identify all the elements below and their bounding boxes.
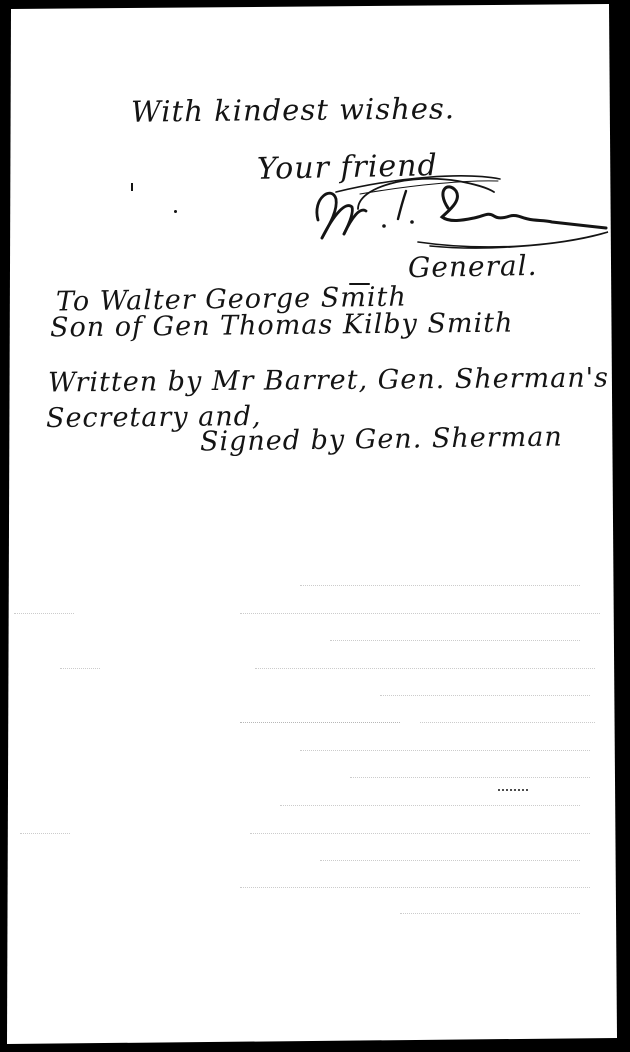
signature-surname-strokes — [418, 187, 608, 248]
note-line-1: Written by Mr Barret, Gen. Sherman's — [48, 365, 609, 397]
ink-dot-mark — [174, 210, 177, 213]
signature-period-dot — [382, 224, 386, 228]
scanned-page: With kindest wishes. Your friend General… — [0, 0, 630, 1052]
scan-noise-row — [280, 805, 580, 806]
signature-title-line: General. — [408, 252, 538, 282]
scan-noise-row — [420, 722, 595, 723]
scan-noise-dash — [498, 789, 528, 791]
scan-noise-row — [14, 613, 74, 614]
note-line-3: Signed by Gen. Sherman — [200, 423, 563, 455]
signature-period-dot — [410, 220, 414, 224]
dedication-line-2: Son of Gen Thomas Kilby Smith — [50, 310, 514, 342]
ink-tick-mark — [131, 183, 133, 191]
ink-dash-mark — [349, 283, 370, 285]
scan-noise-row — [250, 833, 590, 834]
scan-noise-row — [380, 695, 590, 696]
scan-noise-row — [330, 640, 580, 641]
scan-noise-row — [400, 913, 580, 914]
scan-noise-row — [300, 750, 590, 751]
scan-noise-row — [240, 613, 600, 614]
closing-line: With kindest wishes. — [131, 94, 455, 126]
scan-noise-row — [255, 668, 595, 669]
scan-noise-row — [320, 860, 580, 861]
scan-noise-row — [240, 722, 400, 723]
scan-noise-row — [60, 668, 100, 669]
scan-noise-row — [350, 777, 590, 778]
scan-noise-row — [20, 833, 70, 834]
scan-noise-row — [300, 585, 580, 586]
scan-noise-row — [240, 887, 590, 888]
